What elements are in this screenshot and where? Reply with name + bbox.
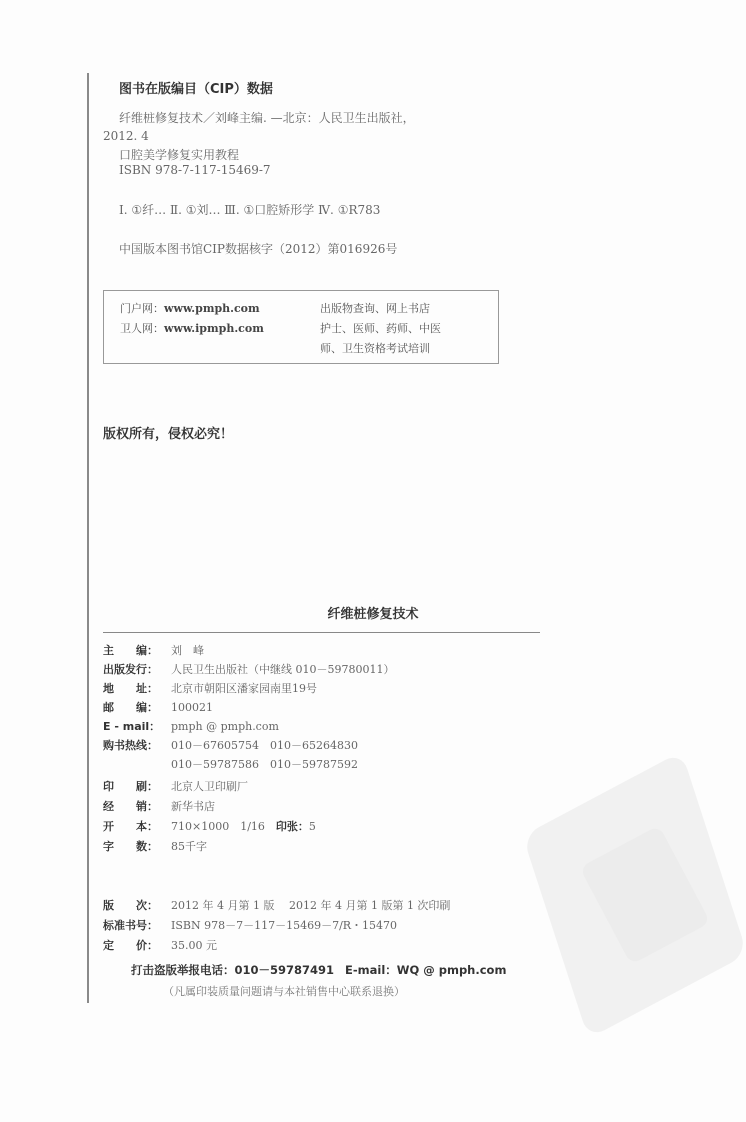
- cip-line-3: 口腔美学修复实用教程: [119, 146, 239, 163]
- anti-piracy-email[interactable]: WQ @ pmph.com: [397, 963, 507, 977]
- quality-note: （凡属印装质量问题请与本社销售中心联系退换）: [163, 983, 405, 999]
- website-desc: 师、卫生资格考试培训: [320, 340, 430, 356]
- info-row-word-count: 字 数：85千字: [103, 838, 207, 854]
- website-label: 门户网：: [120, 302, 164, 315]
- divider: [103, 632, 540, 633]
- cip-line-1: 纤维桩修复技术／刘峰主编. —北京：人民卫生出版社，: [119, 109, 415, 126]
- cip-classification: Ⅰ. ①纤… Ⅱ. ①刘… Ⅲ. ①口腔矫形学 Ⅳ. ①R783: [119, 201, 380, 218]
- website-url[interactable]: www.pmph.com: [164, 302, 260, 315]
- website-url[interactable]: www.ipmph.com: [164, 322, 264, 335]
- info-row-postcode: 邮 编：100021: [103, 699, 213, 715]
- website-label: 卫人网：: [120, 322, 164, 335]
- website-desc: 出版物查询、网上书店: [320, 300, 430, 316]
- margin-line: [87, 73, 89, 1003]
- info-row-hotline-2: 010－59787586 010－59787592: [103, 756, 358, 772]
- cip-line-2: 2012. 4: [103, 129, 149, 143]
- cip-title: 图书在版编目（CIP）数据: [119, 78, 273, 97]
- copyright-notice: 版权所有，侵权必究！: [103, 423, 233, 442]
- cip-record-number: 中国版本图书馆CIP数据核字（2012）第016926号: [119, 240, 397, 257]
- info-row-printer: 印 刷：北京人卫印刷厂: [103, 778, 248, 794]
- info-row-distributor: 经 销：新华书店: [103, 798, 215, 814]
- info-row-price: 定 价：35.00 元: [103, 937, 217, 953]
- info-row-edition: 版 次：2012 年 4 月第 1 版 2012 年 4 月第 1 版第 1 次…: [103, 897, 450, 913]
- info-row-isbn: 标准书号：ISBN 978－7－117－15469－7/R・15470: [103, 917, 397, 933]
- website-box: 门户网：www.pmph.com 出版物查询、网上书店 卫人网：www.ipmp…: [103, 290, 499, 364]
- book-title: 纤维桩修复技术: [0, 603, 746, 622]
- info-row-address: 地 址：北京市朝阳区潘家园南里19号: [103, 680, 317, 696]
- website-desc: 护士、医师、药师、中医: [320, 320, 441, 336]
- cip-isbn: ISBN 978-7-117-15469-7: [119, 163, 271, 177]
- info-row-email: E - mail：pmph @ pmph.com: [103, 718, 279, 734]
- info-row-hotline: 购书热线：010－67605754 010－65264830: [103, 737, 358, 753]
- info-row-editor: 主 编：刘 峰: [103, 642, 204, 658]
- info-row-publisher: 出版发行：人民卫生出版社（中继线 010－59780011）: [103, 661, 394, 677]
- info-row-format: 开 本：710×1000 1/16 印张：5: [103, 818, 316, 834]
- anti-piracy-line: 打击盗版举报电话：010－59787491 E-mail：WQ @ pmph.c…: [131, 962, 506, 978]
